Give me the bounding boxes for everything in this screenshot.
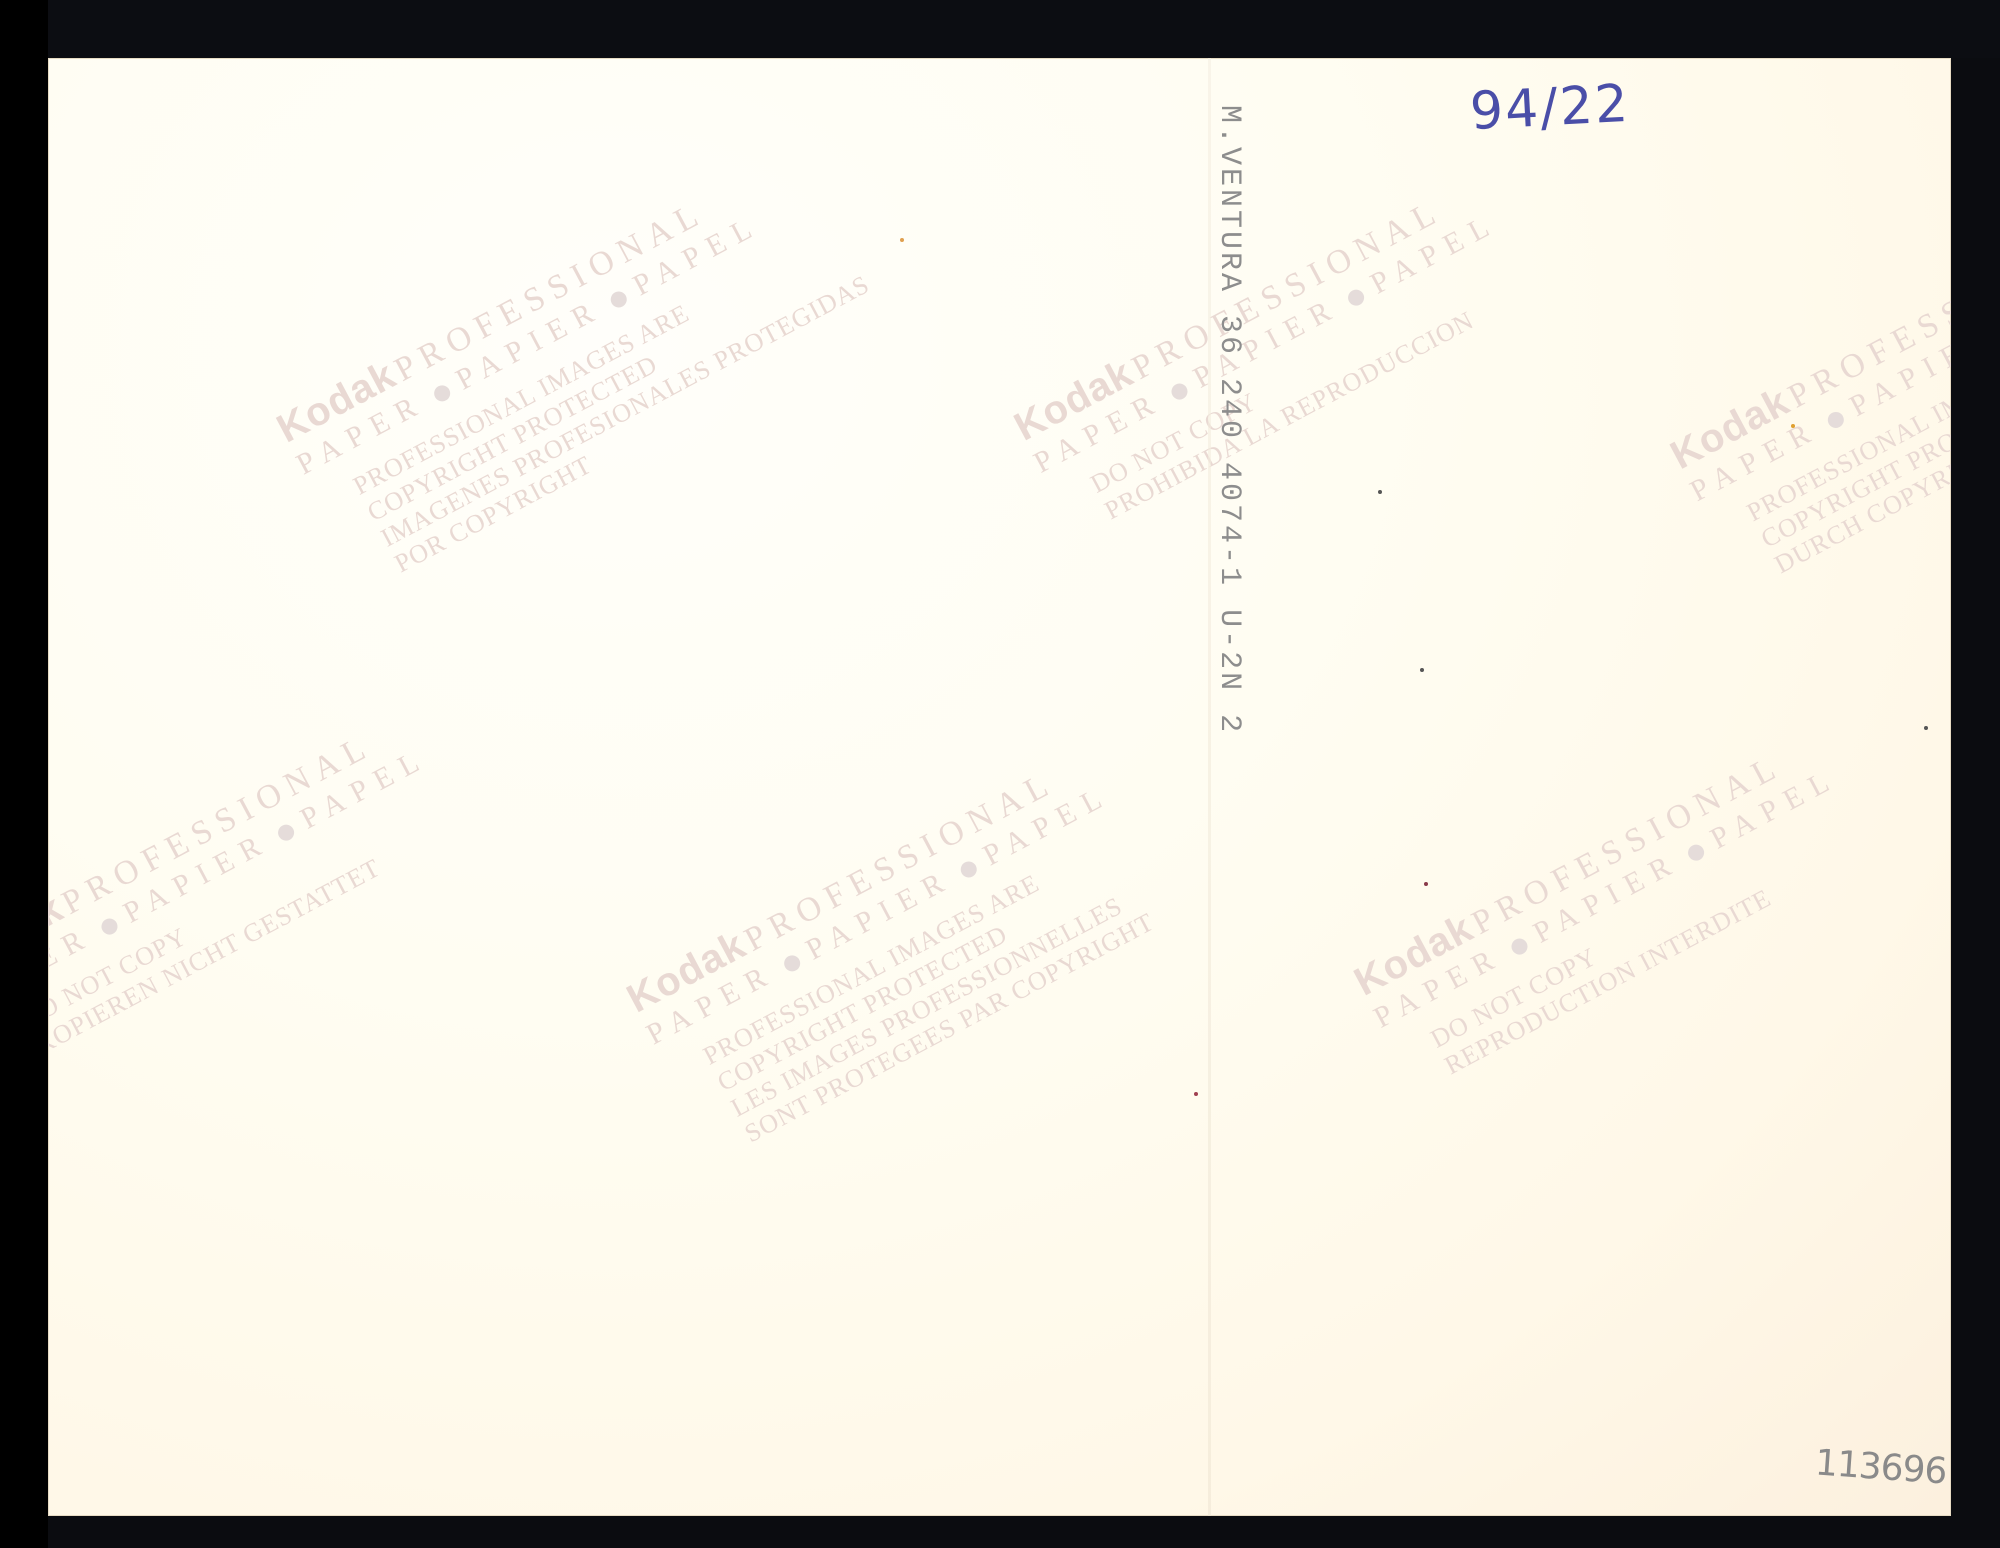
bullet-icon [98, 916, 120, 938]
watermark-block: Kodak PROFESSIONAL PAPERPAPIERPAPEL DO N… [1007, 166, 1537, 543]
bullet-icon [1508, 936, 1530, 958]
watermark-block: Kodak PROFESSIONAL PAPERPAPIERPAPEL PROF… [620, 738, 1177, 1167]
watermark-block: Kodak PROFESSIONAL PAPERPAPIERPAPEL PROF… [270, 136, 888, 597]
dust-speck [1924, 726, 1928, 730]
bullet-icon [1685, 842, 1707, 864]
bullet-icon [958, 858, 980, 880]
watermark-block: Kodak PROFESSIONAL PAPERPAPIER PROFESSIO… [1664, 215, 1951, 597]
watermark-block: Kodak PROFESSIONAL PAPERPAPIERPAPEL DO N… [48, 701, 467, 1078]
processing-stamp: M.VENTURA 36 240 4074-1 U-2N 2 [1212, 105, 1246, 735]
bullet-icon [608, 288, 630, 310]
dust-speck [1378, 490, 1382, 494]
bullet-icon [1345, 287, 1367, 309]
photo-paper-back: Kodak PROFESSIONAL PAPERPAPIERPAPEL PROF… [48, 58, 1951, 1516]
dust-speck [1194, 1092, 1198, 1096]
scan-border-top [48, 0, 2000, 58]
bullet-icon [781, 953, 803, 975]
bullet-icon [1168, 381, 1190, 403]
dust-speck [1791, 424, 1795, 428]
dust-speck [900, 238, 904, 242]
bullet-icon [431, 383, 453, 405]
bullet-icon [275, 822, 297, 844]
dust-speck [1420, 668, 1424, 672]
handwritten-ink-number: 94/22 [1469, 74, 1632, 142]
dust-speck [1424, 882, 1428, 886]
bullet-icon [1825, 409, 1847, 431]
scan-border-left [0, 0, 48, 1548]
watermark-block: Kodak PROFESSIONAL PAPERPAPIERPAPEL DO N… [1347, 721, 1877, 1098]
